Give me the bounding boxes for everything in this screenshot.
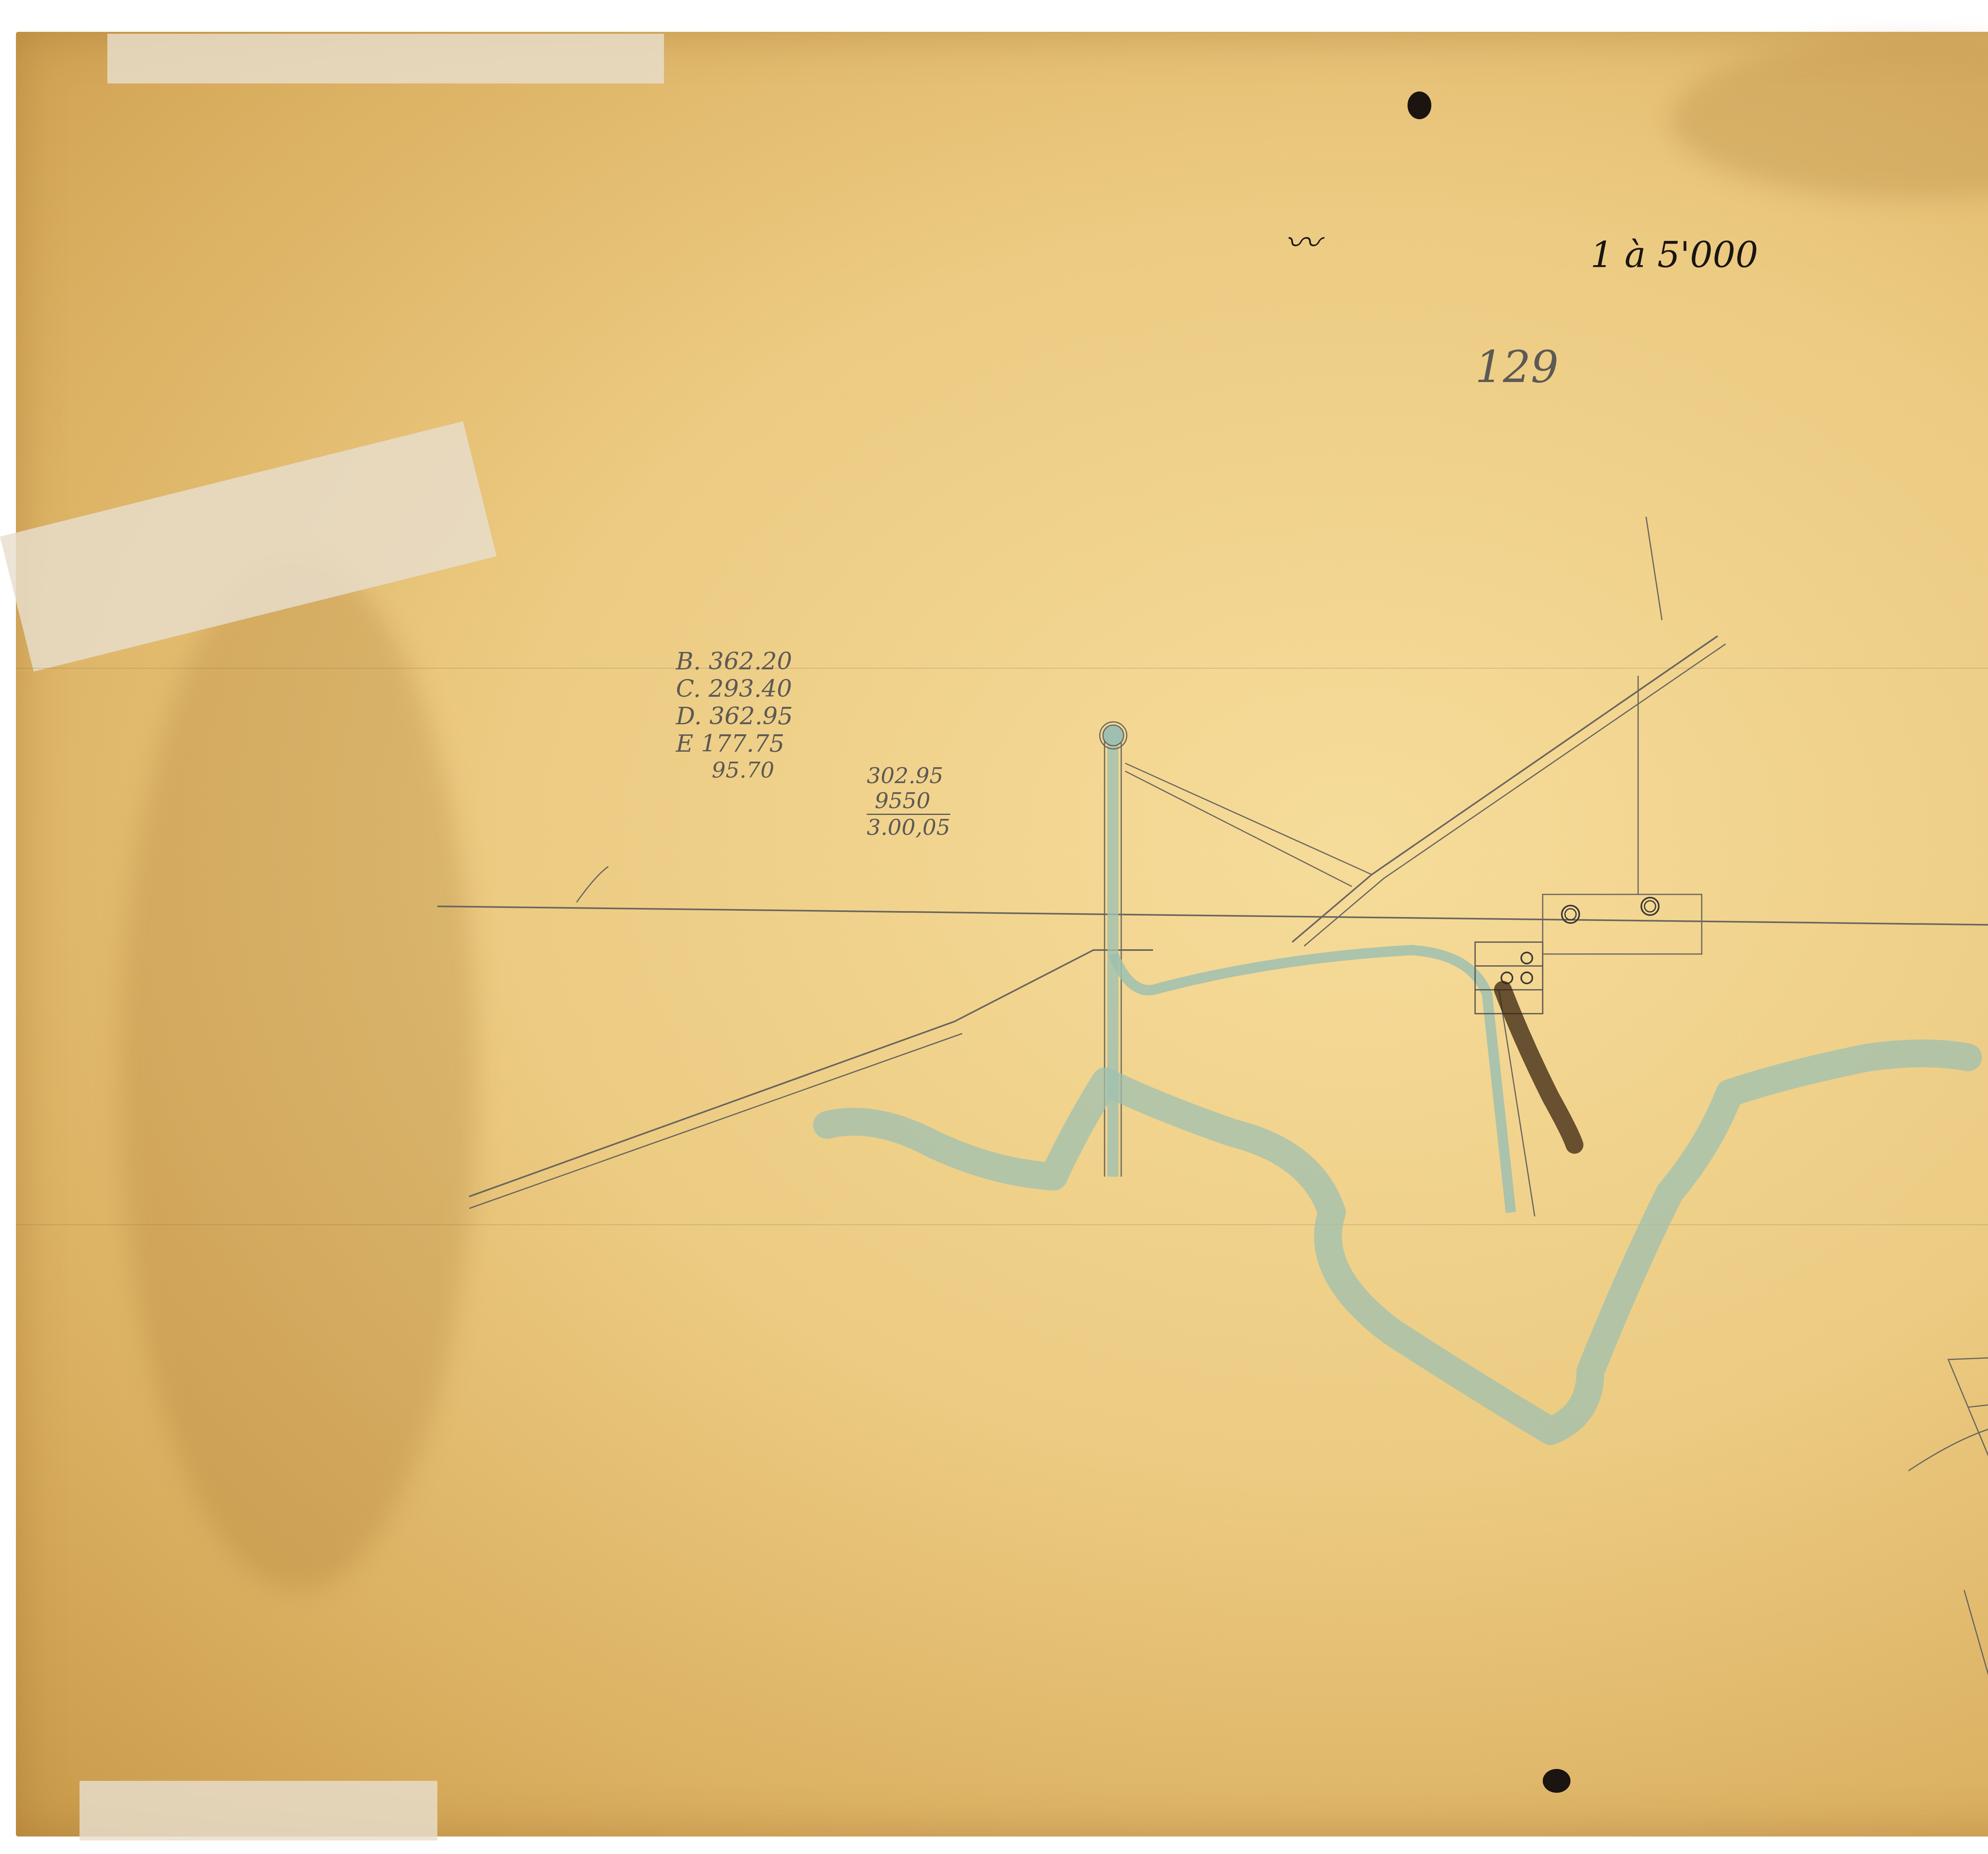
- row-d: D. 362.95: [676, 703, 793, 730]
- row-value: 177.75: [701, 730, 784, 758]
- road-northeast: [1292, 636, 1718, 942]
- sum-total: 3.00,05: [867, 815, 950, 840]
- parcel-sketch: [1948, 1356, 1988, 1407]
- scale-label: 1 à 5'000: [1590, 235, 1758, 276]
- ink-blot: [1543, 1769, 1571, 1793]
- row-value: 95.70: [712, 757, 774, 783]
- row-value: 293.40: [709, 675, 792, 703]
- ink-blot: [1408, 91, 1431, 119]
- row-label: B.: [676, 648, 701, 675]
- sum-line: 9550: [867, 788, 950, 815]
- sum-block: 302.95 9550 3.00,05: [867, 763, 950, 840]
- row-label: D.: [676, 702, 702, 730]
- survey-baseline: [437, 906, 1988, 926]
- row-b: B. 362.20: [676, 648, 793, 675]
- left-table: B. 362.20 C. 293.40 D. 362.95 E 177.75 9…: [676, 648, 793, 783]
- canal-basin: [1103, 725, 1124, 746]
- row-e: E 177.75: [676, 730, 793, 758]
- sum-line: 302.95: [867, 763, 950, 788]
- row-label: E: [676, 730, 693, 758]
- sheet-number: 129: [1475, 342, 1559, 392]
- river: [827, 1053, 1968, 1431]
- row-value: 362.95: [709, 702, 793, 730]
- row-value: 362.20: [709, 648, 792, 675]
- row-label: C.: [676, 675, 701, 703]
- enclosure: [1543, 894, 1702, 954]
- row-extra: 95.70: [676, 758, 793, 783]
- map-drawing: [0, 0, 1988, 1854]
- scale-mark: 〰: [1284, 223, 1320, 264]
- row-c: C. 293.40: [676, 675, 793, 703]
